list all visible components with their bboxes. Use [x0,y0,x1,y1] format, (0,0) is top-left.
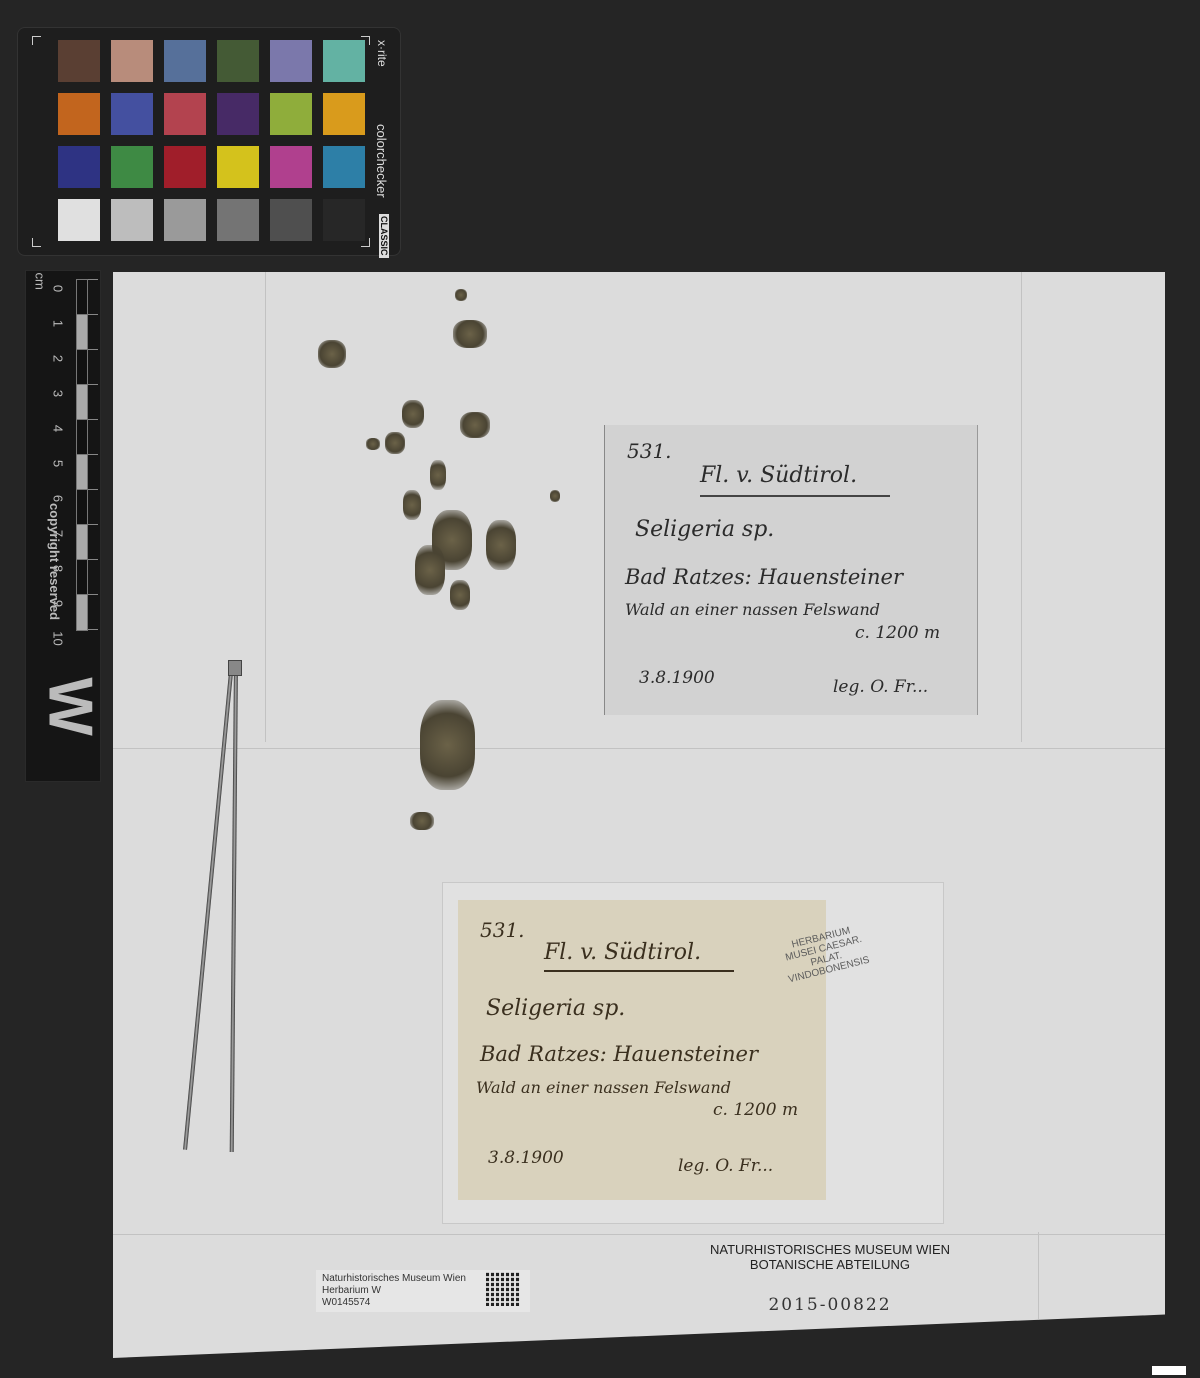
label-locality-1: Bad Ratzes: Hauensteiner [625,565,903,589]
ruler-tick [88,314,98,315]
ruler-segment [76,314,88,351]
ruler-tick [88,349,98,350]
corner-mark [361,238,370,247]
color-patch [164,146,206,188]
ruler-tick [88,279,98,280]
scanner-logo-icon [1152,1366,1186,1375]
color-patch [111,40,153,82]
specimen-fragment [410,812,434,830]
fold-line [113,1234,1165,1235]
specimen-fragment [453,320,487,348]
label-date: 3.8.1900 [488,1148,564,1168]
institution-name: Naturhistorisches Museum Wien [322,1273,466,1284]
color-patch [270,93,312,135]
color-patch [217,146,259,188]
specimen-fragment [402,400,424,428]
specimen-fragment [420,700,475,790]
ruler-tick [88,594,98,595]
color-patch [270,146,312,188]
color-patch [270,40,312,82]
specimen-fragment [403,490,421,520]
ruler-logo: W [35,677,106,737]
ruler-segment [76,454,88,491]
photocopy-label: 531. Fl. v. Südtirol. Seligeria sp. Bad … [604,425,978,715]
fold-line [1038,1232,1039,1342]
color-patch [323,146,365,188]
checker-branding: x·rite colorchecker CLASSIC [372,34,394,249]
color-patch [323,40,365,82]
ruler-number: 3 [51,386,66,402]
label-elevation: c. 1200 m [713,1100,798,1120]
color-patch [111,93,153,135]
color-patch [164,199,206,241]
color-patch [270,199,312,241]
ruler-segment [76,594,88,631]
label-locality-2: Wald an einer nassen Felswand [476,1078,731,1097]
label-collector: leg. O. Fr... [678,1156,773,1176]
specimen-fragment [550,490,560,502]
ruler-tick [88,559,98,560]
color-patch [58,199,100,241]
color-patch [323,199,365,241]
specimen-fragment [318,340,346,368]
specimen-fragment [486,520,516,570]
corner-mark [361,36,370,45]
ruler-unit: cm [33,273,48,289]
corner-mark [32,238,41,247]
ruler-tick [88,454,98,455]
ruler-segment [76,349,88,386]
checker-edition-badge: CLASSIC [379,214,389,258]
color-checker-card: x·rite colorchecker CLASSIC [17,27,401,256]
label-taxon: Seligeria sp. [486,996,625,1021]
label-date: 3.8.1900 [639,668,715,688]
specimen-fragment [450,580,470,610]
forceps-grip [228,660,242,676]
fold-line [265,272,266,742]
catalog-number: W0145574 [322,1297,370,1308]
xrite-logo: x·rite [375,40,389,67]
specimen-fragment [460,412,490,438]
fold-line [113,748,1165,749]
color-patch [217,40,259,82]
label-locality-2: Wald an einer nassen Felswand [625,600,880,619]
label-number: 531. [627,439,672,463]
label-heading: Fl. v. Südtirol. [544,940,701,965]
label-taxon: Seligeria sp. [635,517,774,542]
specimen-fragment [415,545,445,595]
ruler-segment [76,489,88,526]
ruler-tick [88,489,98,490]
ruler-number: 4 [51,421,66,437]
heading-underline [700,495,890,497]
color-patch [323,93,365,135]
museum-name: NATURHISTORISCHES MUSEUM WIEN [690,1242,970,1257]
ruler-segment [76,524,88,561]
heading-underline [544,970,734,972]
ruler-number: 10 [51,631,66,647]
color-patch [164,40,206,82]
ruler-tick [88,629,98,630]
color-patch [217,199,259,241]
ruler-number: 1 [51,316,66,332]
color-patch [217,93,259,135]
scale-ruler: cm 012345678910 copyright reserved W [25,270,101,782]
ruler-tick [88,384,98,385]
barcode-label: Naturhistorisches Museum Wien Herbarium … [316,1270,530,1312]
specimen-fragment [385,432,405,454]
ruler-number: 2 [51,351,66,367]
museum-stamp: NATURHISTORISCHES MUSEUM WIEN BOTANISCHE… [690,1242,970,1272]
specimen-fragment [430,460,446,490]
collection-name: Herbarium W [322,1285,381,1296]
color-patch [164,93,206,135]
specimen-fragment [455,289,467,301]
label-elevation: c. 1200 m [855,623,940,643]
ruler-tick [88,419,98,420]
checker-product-name: colorchecker [374,124,389,198]
ruler-number: 0 [51,281,66,297]
ruler-segment [76,384,88,421]
label-number: 531. [480,918,525,942]
department-name: BOTANISCHE ABTEILUNG [690,1257,970,1272]
color-patch [111,146,153,188]
ruler-tick [88,524,98,525]
ruler-segment [76,279,88,316]
corner-mark [32,36,41,45]
ruler-segment [76,419,88,456]
color-patch [111,199,153,241]
color-patch [58,146,100,188]
specimen-fragment [366,438,380,450]
ruler-copyright: copyright reserved [47,503,62,620]
label-locality-1: Bad Ratzes: Hauensteiner [480,1042,758,1066]
label-heading: Fl. v. Südtirol. [700,463,857,488]
color-patch [58,93,100,135]
qr-code-icon [486,1272,520,1306]
ruler-segment [76,559,88,596]
accession-number: 2015-00822 [740,1295,920,1315]
fold-line [1021,272,1022,742]
color-patch [58,40,100,82]
label-collector: leg. O. Fr... [833,677,928,697]
ruler-number: 5 [51,456,66,472]
